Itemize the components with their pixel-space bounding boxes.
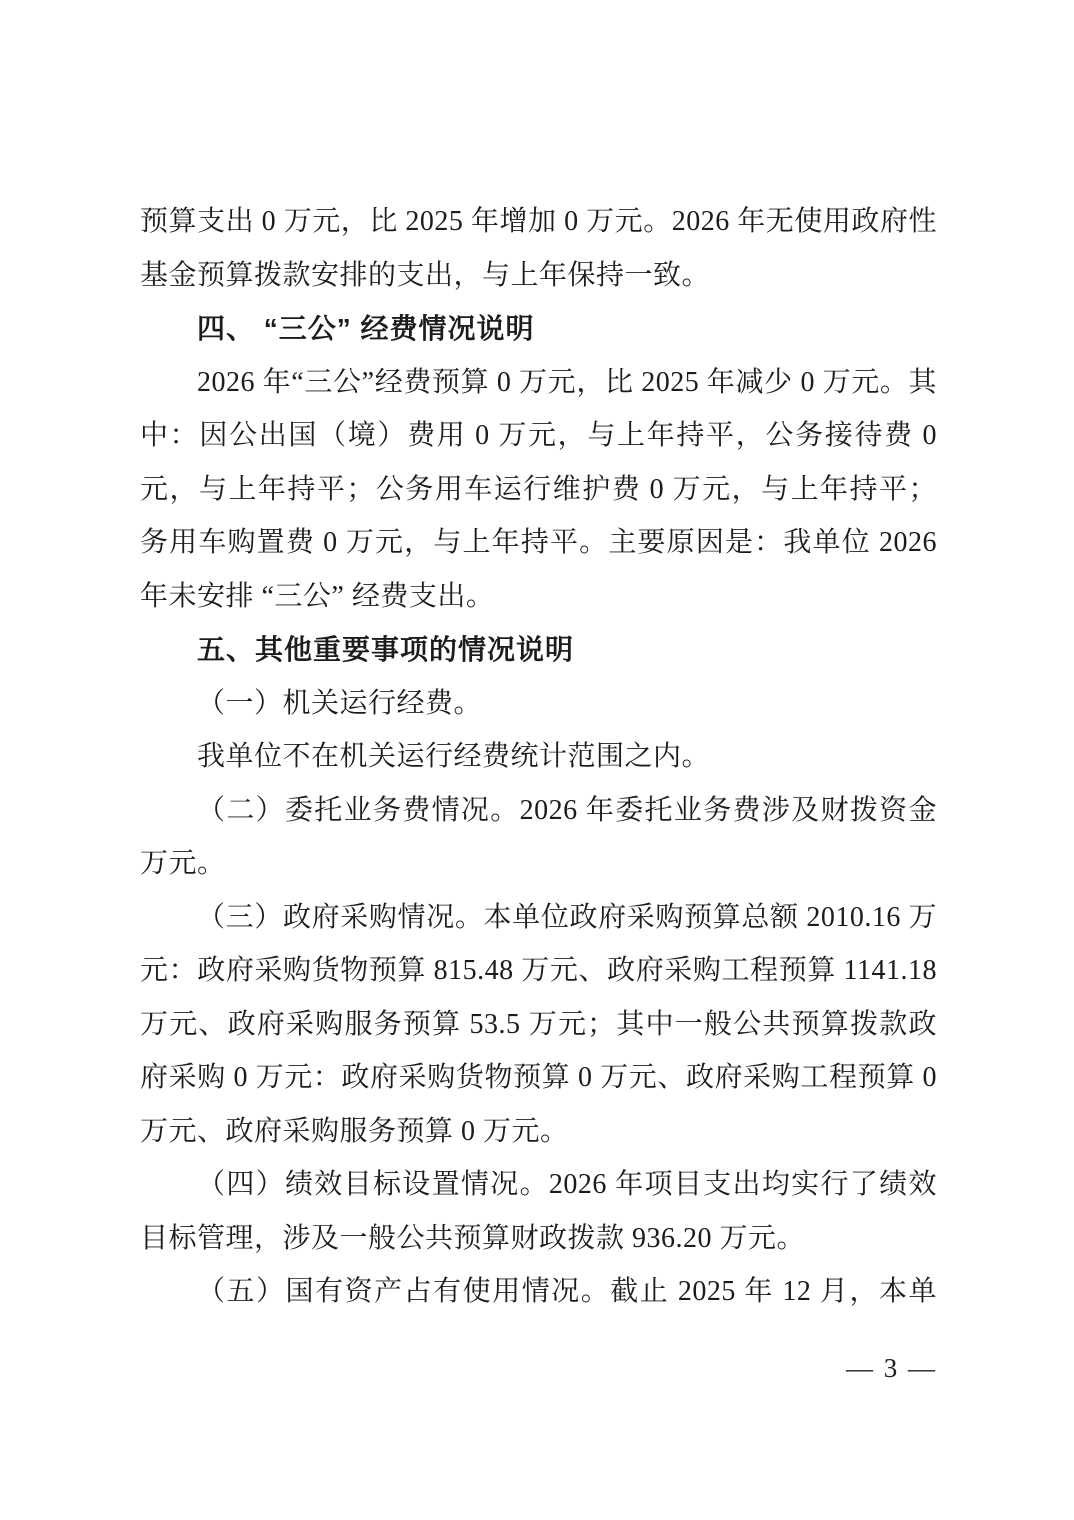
- text-line: 2026 年“三公”经费预算 0 万元，比 2025 年减少 0 万元。其: [140, 356, 937, 410]
- text-line: 元：政府采购货物预算 815.48 万元、政府采购工程预算 1141.18: [140, 944, 937, 998]
- subsection-line-four: （四）绩效目标设置情况。2026 年项目支出均实行了绩效: [140, 1158, 937, 1212]
- text-line: 元，与上年持平；公务用车运行维护费 0 万元，与上年持平；公: [140, 463, 937, 517]
- text-line: 目标管理，涉及一般公共预算财政拨款 936.20 万元。: [140, 1212, 937, 1266]
- text-line: 中：因公出国（境）费用 0 万元，与上年持平，公务接待费 0 万: [140, 409, 937, 463]
- text-line: 府采购 0 万元：政府采购货物预算 0 万元、政府采购工程预算 0: [140, 1051, 937, 1105]
- text-line: 年未安排 “三公” 经费支出。: [140, 570, 937, 624]
- text-line: 万元。: [140, 837, 937, 891]
- text-line: 基金预算拨款安排的支出，与上年保持一致。: [140, 249, 937, 303]
- section-heading-five: 五、其他重要事项的情况说明: [140, 623, 937, 677]
- document-text-block: 预算支出 0 万元，比 2025 年增加 0 万元。2026 年无使用政府性 基…: [140, 195, 937, 1319]
- subsection-line-one: （一）机关运行经费。: [140, 677, 937, 731]
- page-background: 预算支出 0 万元，比 2025 年增加 0 万元。2026 年无使用政府性 基…: [0, 0, 1074, 1520]
- text-line: 万元、政府采购服务预算 53.5 万元；其中一般公共预算拨款政: [140, 998, 937, 1052]
- text-line: 务用车购置费 0 万元，与上年持平。主要原因是：我单位 2026: [140, 516, 937, 570]
- section-heading-four: 四、 “三公” 经费情况说明: [140, 302, 937, 356]
- subsection-line-five: （五）国有资产占有使用情况。截止 2025 年 12 月，本单位: [140, 1265, 937, 1319]
- document-page: { "page": { "background_color": "#ffffff…: [0, 0, 1074, 1520]
- text-line: 万元、政府采购服务预算 0 万元。: [140, 1105, 937, 1159]
- subsection-line-three: （三）政府采购情况。本单位政府采购预算总额 2010.16 万: [140, 891, 937, 945]
- page-number: — 3 —: [846, 1352, 937, 1384]
- text-line: 我单位不在机关运行经费统计范围之内。: [140, 730, 937, 784]
- text-line: 预算支出 0 万元，比 2025 年增加 0 万元。2026 年无使用政府性: [140, 195, 937, 249]
- subsection-line-two: （二）委托业务费情况。2026 年委托业务费涉及财拨资金 0: [140, 784, 937, 838]
